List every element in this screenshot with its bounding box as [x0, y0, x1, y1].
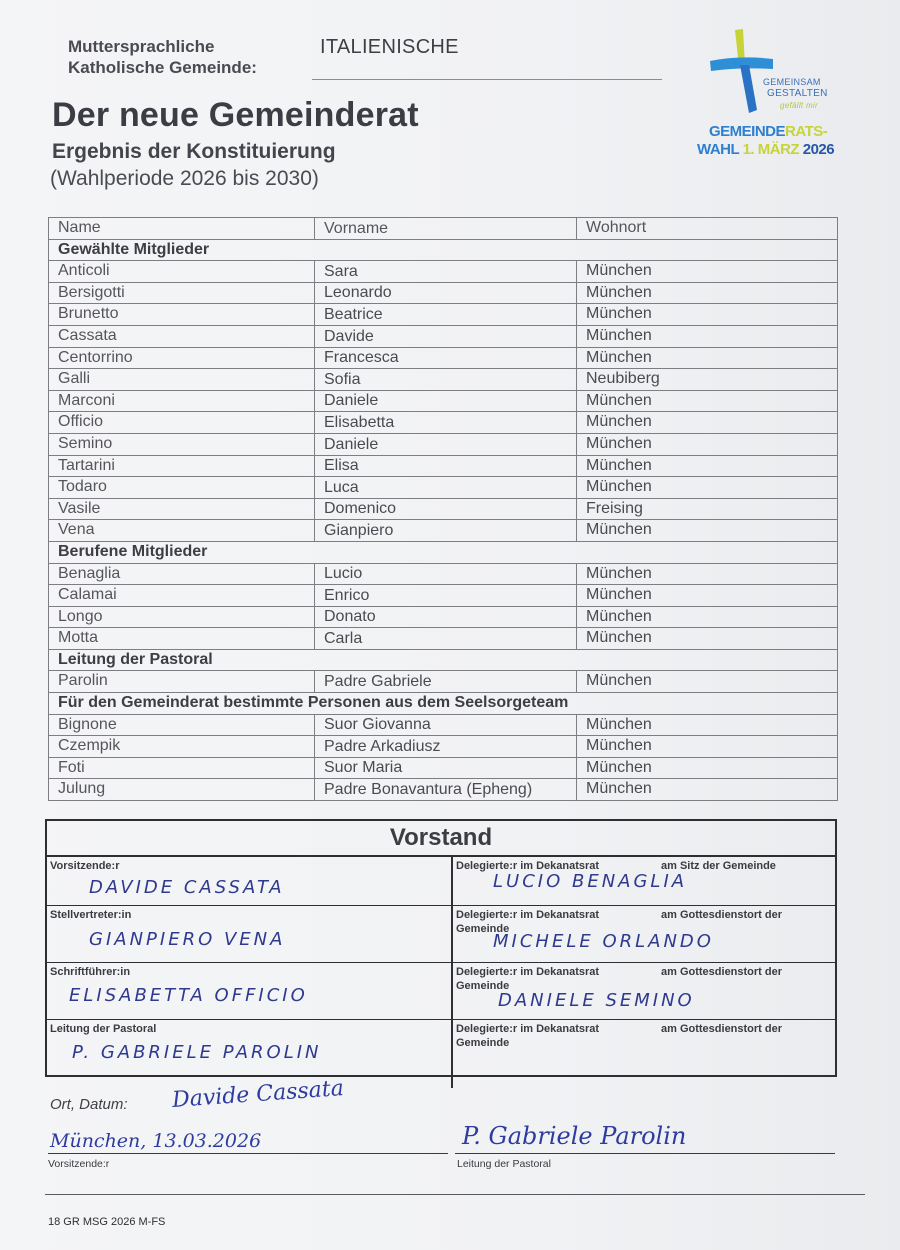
name-cell: Vena	[49, 520, 315, 542]
table-row: VenaGianpieroMünchen	[49, 520, 838, 542]
vorname-cell: Daniele	[315, 390, 577, 412]
role-holder-name: P. GABRIELE PAROLIN	[72, 1042, 322, 1063]
vorname-cell: Enrico	[315, 585, 577, 607]
vorstand-box: Vorstand Vorsitzende:rDAVIDE CASSATADele…	[45, 819, 837, 1077]
delegate-label: Delegierte:r im Dekanatsrat	[456, 909, 599, 921]
section-title: Leitung der Pastoral	[49, 649, 838, 671]
table-row: AnticoliSaraMünchen	[49, 261, 838, 283]
name-cell: Parolin	[49, 671, 315, 693]
name-cell: Benaglia	[49, 563, 315, 585]
role-label: Stellvertreter:in	[50, 909, 131, 921]
logo-title-line1: GEMEINDERATS-	[709, 123, 827, 140]
name-cell: Brunetto	[49, 304, 315, 326]
delegate-cell: Delegierte:r im Dekanatsratam Gottesdien…	[453, 906, 835, 963]
wohnort-cell: München	[577, 628, 838, 650]
name-cell: Officio	[49, 412, 315, 434]
role-holder-name: ELISABETTA OFFICIO	[69, 985, 308, 1006]
delegate-name: MICHELE ORLANDO	[493, 931, 714, 952]
name-cell: Tartarini	[49, 455, 315, 477]
vorname-cell: Donato	[315, 606, 577, 628]
name-cell: Czempik	[49, 736, 315, 758]
pastoral-sign-label: Leitung der Pastoral	[457, 1158, 551, 1170]
name-cell: Calamai	[49, 585, 315, 607]
wohnort-cell: München	[577, 714, 838, 736]
election-period: (Wahlperiode 2026 bis 2030)	[50, 167, 319, 191]
vorname-cell: Francesca	[315, 347, 577, 369]
name-cell: Semino	[49, 433, 315, 455]
table-row: TartariniElisaMünchen	[49, 455, 838, 477]
wohnort-cell: Neubiberg	[577, 369, 838, 391]
gemeinde-label: Muttersprachliche Katholische Gemeinde:	[68, 36, 257, 78]
vorname-cell: Padre Arkadiusz	[315, 736, 577, 758]
table-row: CassataDavideMünchen	[49, 325, 838, 347]
name-cell: Bersigotti	[49, 282, 315, 304]
cross-icon	[695, 25, 845, 120]
wohnort-cell: München	[577, 455, 838, 477]
vorname-cell: Sara	[315, 261, 577, 283]
ort-datum-label: Ort, Datum:	[50, 1096, 128, 1113]
logo-tagline: gefällt mir	[780, 101, 818, 110]
table-row: CentorrinoFrancescaMünchen	[49, 347, 838, 369]
delegate-location-label: am Gottesdienstort der	[661, 1023, 782, 1035]
wohnort-cell: München	[577, 304, 838, 326]
delegate-cell: Delegierte:r im Dekanatsratam Sitz der G…	[453, 857, 835, 906]
vorstand-role-cell: Vorsitzende:rDAVIDE CASSATA	[47, 857, 453, 906]
gemeinde-label-line1: Muttersprachliche	[68, 36, 257, 57]
name-cell: Motta	[49, 628, 315, 650]
vorname-cell: Daniele	[315, 433, 577, 455]
table-row: OfficioElisabettaMünchen	[49, 412, 838, 434]
table-row: TodaroLucaMünchen	[49, 477, 838, 499]
wohnort-cell: München	[577, 433, 838, 455]
column-header: Name	[49, 218, 315, 240]
wohnort-cell: München	[577, 606, 838, 628]
role-label: Vorsitzende:r	[50, 860, 119, 872]
section-title: Für den Gemeinderat bestimmte Personen a…	[49, 693, 838, 715]
name-cell: Galli	[49, 369, 315, 391]
table-row: BersigottiLeonardoMünchen	[49, 282, 838, 304]
vorname-cell: Elisabetta	[315, 412, 577, 434]
logo-line2: GESTALTEN	[767, 88, 828, 99]
wohnort-cell: München	[577, 736, 838, 758]
wohnort-cell: München	[577, 325, 838, 347]
vorname-cell: Elisa	[315, 455, 577, 477]
delegate-label: Delegierte:r im Dekanatsrat	[456, 966, 599, 978]
vorname-cell: Suor Giovanna	[315, 714, 577, 736]
name-cell: Julung	[49, 779, 315, 801]
footer-divider	[45, 1194, 865, 1195]
name-cell: Centorrino	[49, 347, 315, 369]
table-row: VasileDomenicoFreising	[49, 498, 838, 520]
delegate-location-label-cont: Gemeinde	[456, 1037, 509, 1049]
signature-line-right	[455, 1153, 835, 1154]
gemeinde-label-line2: Katholische Gemeinde:	[68, 57, 257, 78]
logo-title-line2: WAHL 1. MÄRZ 2026	[697, 141, 834, 158]
name-cell: Cassata	[49, 325, 315, 347]
section-header-row: Leitung der Pastoral	[49, 649, 838, 671]
section-header-row: Berufene Mitglieder	[49, 541, 838, 563]
name-cell: Anticoli	[49, 261, 315, 283]
section-header-row: Gewählte Mitglieder	[49, 239, 838, 261]
vorname-cell: Beatrice	[315, 304, 577, 326]
column-header: Wohnort	[577, 218, 838, 240]
wohnort-cell: München	[577, 520, 838, 542]
signature-line-left	[48, 1153, 448, 1154]
logo-date: 1. MÄRZ	[743, 141, 800, 158]
page-subtitle: Ergebnis der Konstituierung	[52, 140, 336, 164]
wohnort-cell: Freising	[577, 498, 838, 520]
wohnort-cell: München	[577, 261, 838, 283]
wohnort-cell: München	[577, 347, 838, 369]
logo-year: 2026	[803, 141, 834, 158]
gemeinde-underline	[312, 79, 662, 80]
wohnort-cell: München	[577, 412, 838, 434]
vorname-cell: Domenico	[315, 498, 577, 520]
vorstand-role-cell: Schriftführer:inELISABETTA OFFICIO	[47, 963, 453, 1020]
table-row: LongoDonatoMünchen	[49, 606, 838, 628]
table-row: BignoneSuor GiovannaMünchen	[49, 714, 838, 736]
table-row: CzempikPadre ArkadiuszMünchen	[49, 736, 838, 758]
table-row: GalliSofiaNeubiberg	[49, 369, 838, 391]
delegate-cell: Delegierte:r im Dekanatsratam Gottesdien…	[453, 963, 835, 1020]
role-label: Leitung der Pastoral	[50, 1023, 156, 1035]
section-header-row: Für den Gemeinderat bestimmte Personen a…	[49, 693, 838, 715]
role-holder-name: DAVIDE CASSATA	[89, 877, 285, 898]
wohnort-cell: München	[577, 563, 838, 585]
table-row: CalamaiEnricoMünchen	[49, 585, 838, 607]
delegate-name: LUCIO BENAGLIA	[493, 871, 687, 892]
vorstand-role-cell: Leitung der PastoralP. GABRIELE PAROLIN	[47, 1020, 453, 1088]
name-cell: Foti	[49, 757, 315, 779]
wohnort-cell: München	[577, 282, 838, 304]
vorname-cell: Gianpiero	[315, 520, 577, 542]
table-row: JulungPadre Bonavantura (Epheng)München	[49, 779, 838, 801]
vorstand-grid: Vorsitzende:rDAVIDE CASSATADelegierte:r …	[47, 857, 835, 1088]
section-title: Berufene Mitglieder	[49, 541, 838, 563]
vorname-cell: Padre Bonavantura (Epheng)	[315, 779, 577, 801]
delegate-location-label: am Gottesdienstort der	[661, 909, 782, 921]
form-code: 18 GR MSG 2026 M-FS	[48, 1216, 165, 1228]
delegate-label: Delegierte:r im Dekanatsrat	[456, 1023, 599, 1035]
ort-datum-value: München, 13.03.2026	[50, 1130, 261, 1152]
name-cell: Todaro	[49, 477, 315, 499]
section-title: Gewählte Mitglieder	[49, 239, 838, 261]
page-title: Der neue Gemeinderat	[52, 96, 419, 135]
table-row: MarconiDanieleMünchen	[49, 390, 838, 412]
table-row: MottaCarlaMünchen	[49, 628, 838, 650]
wohnort-cell: München	[577, 757, 838, 779]
table-row: ParolinPadre GabrieleMünchen	[49, 671, 838, 693]
delegate-cell: Delegierte:r im Dekanatsratam Gottesdien…	[453, 1020, 835, 1088]
members-table: NameVornameWohnortGewählte MitgliederAnt…	[48, 217, 838, 801]
vorname-cell: Suor Maria	[315, 757, 577, 779]
table-row: FotiSuor MariaMünchen	[49, 757, 838, 779]
wohnort-cell: München	[577, 671, 838, 693]
wohnort-cell: München	[577, 779, 838, 801]
vorname-cell: Davide	[315, 325, 577, 347]
role-holder-name: GIANPIERO VENA	[89, 929, 285, 950]
vorsitzende-sign-label: Vorsitzende:r	[48, 1158, 109, 1170]
role-label: Schriftführer:in	[50, 966, 130, 978]
table-row: SeminoDanieleMünchen	[49, 433, 838, 455]
delegate-name: DANIELE SEMINO	[498, 990, 695, 1011]
signature-pastoral: P. Gabriele Parolin	[462, 1122, 686, 1150]
table-row: BenagliaLucioMünchen	[49, 563, 838, 585]
wohnort-cell: München	[577, 390, 838, 412]
column-header: Vorname	[315, 218, 577, 240]
election-logo: GEMEINSAM GESTALTEN gefällt mir GEMEINDE…	[695, 25, 845, 165]
table-row: BrunettoBeatriceMünchen	[49, 304, 838, 326]
logo-line1: GEMEINSAM	[763, 77, 821, 87]
name-cell: Longo	[49, 606, 315, 628]
logo-rats: RATS-	[785, 123, 827, 140]
vorname-cell: Carla	[315, 628, 577, 650]
table-header-row: NameVornameWohnort	[49, 218, 838, 240]
name-cell: Marconi	[49, 390, 315, 412]
logo-gemeinde: GEMEINDE	[709, 123, 785, 140]
vorstand-title: Vorstand	[47, 821, 835, 857]
wohnort-cell: München	[577, 585, 838, 607]
vorname-cell: Lucio	[315, 563, 577, 585]
vorstand-role-cell: Stellvertreter:inGIANPIERO VENA	[47, 906, 453, 963]
gemeinde-value: ITALIENISCHE	[320, 36, 459, 59]
vorname-cell: Padre Gabriele	[315, 671, 577, 693]
wohnort-cell: München	[577, 477, 838, 499]
logo-wahl: WAHL	[697, 141, 739, 158]
vorname-cell: Luca	[315, 477, 577, 499]
vorname-cell: Leonardo	[315, 282, 577, 304]
vorname-cell: Sofia	[315, 369, 577, 391]
name-cell: Bignone	[49, 714, 315, 736]
name-cell: Vasile	[49, 498, 315, 520]
delegate-location-label: am Gottesdienstort der	[661, 966, 782, 978]
